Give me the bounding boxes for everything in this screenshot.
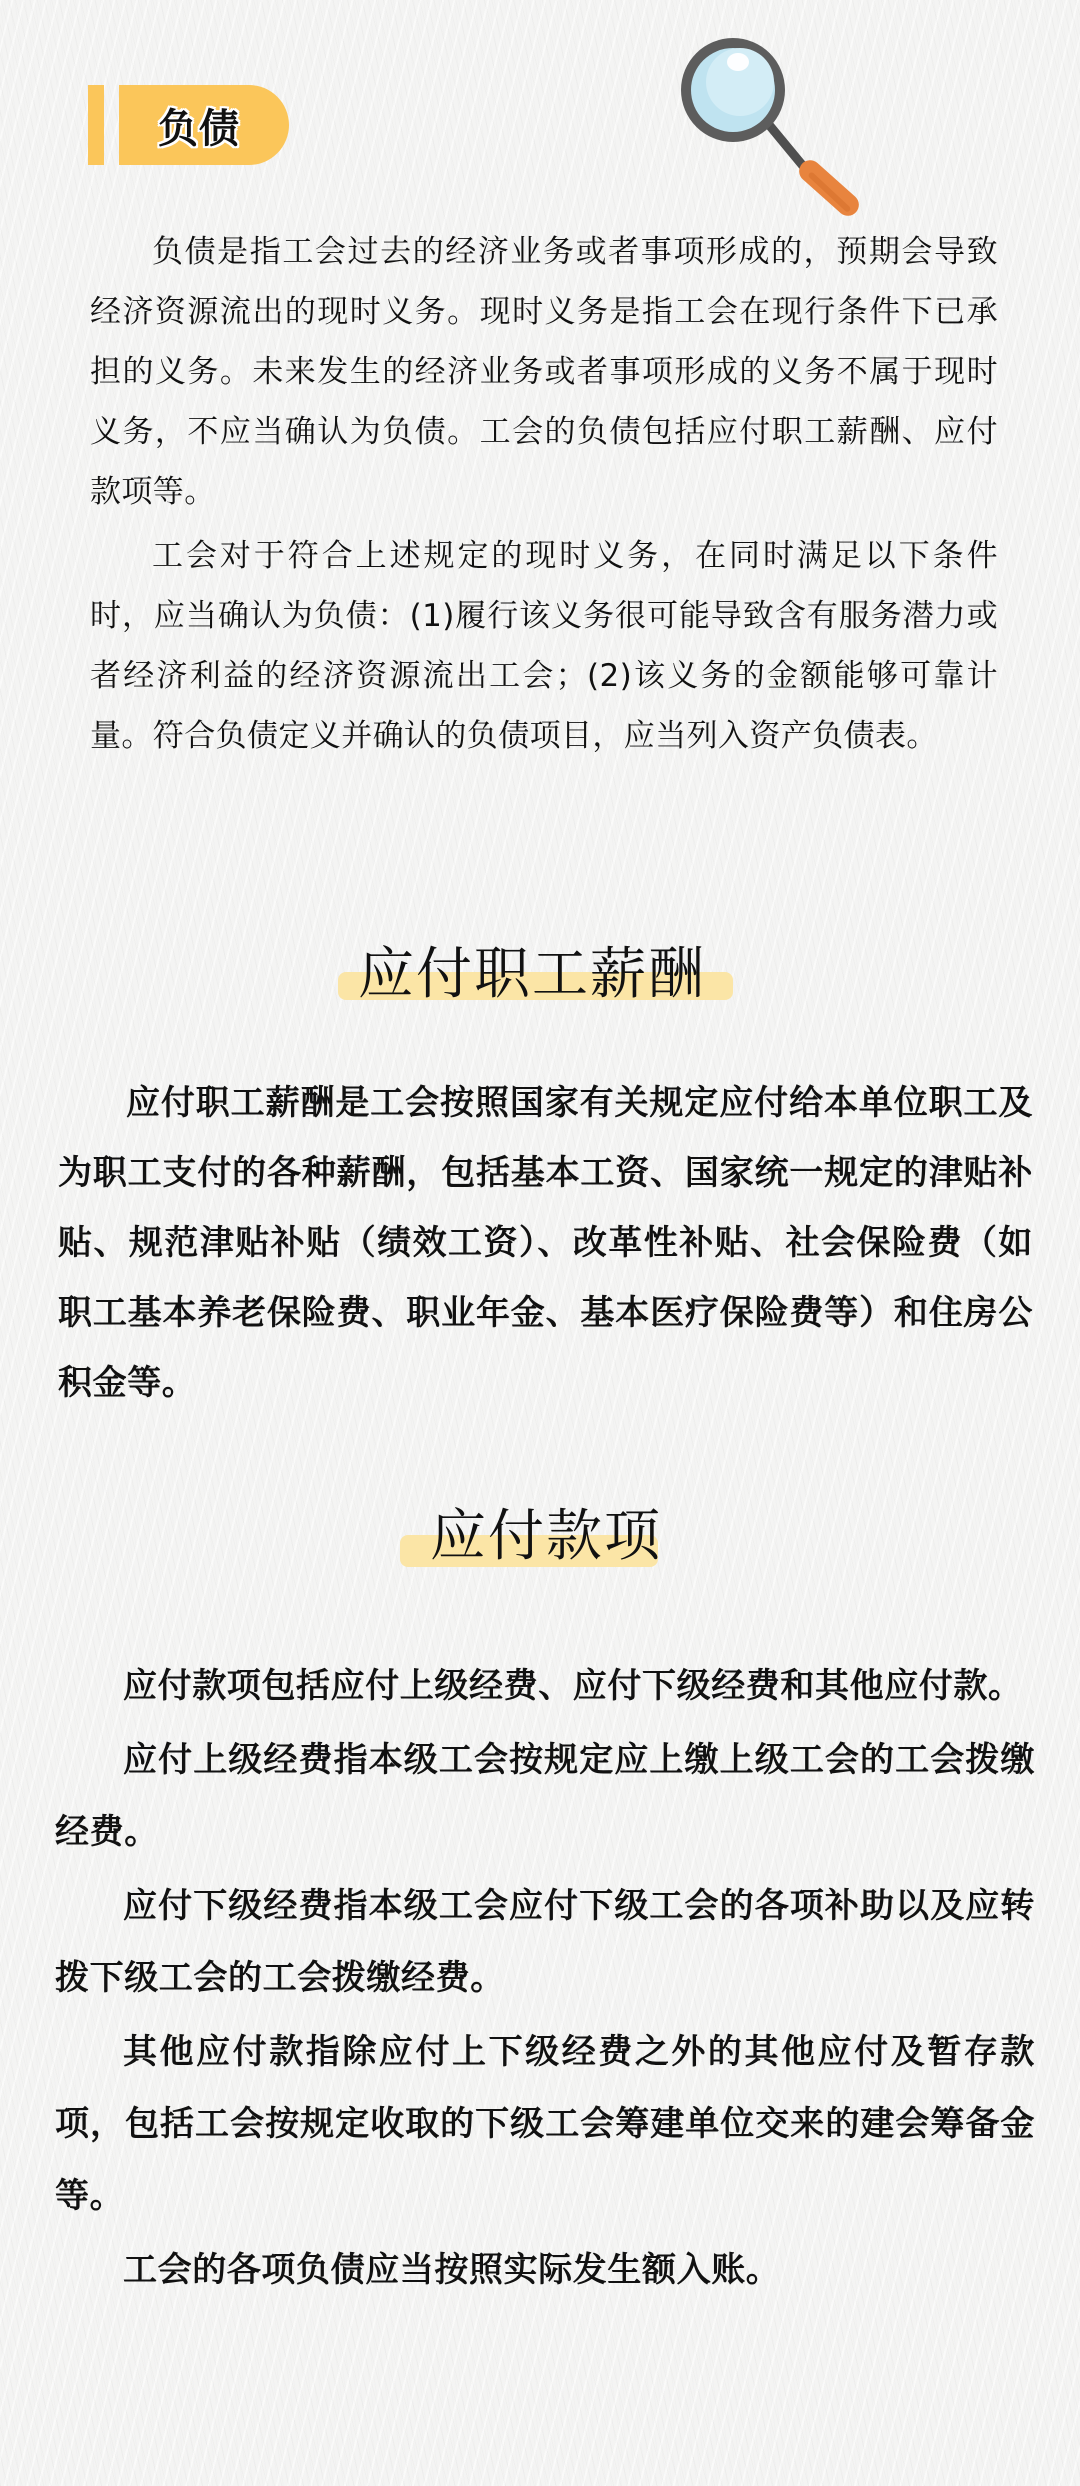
accounts-payable-text-block: 应付款项包括应付上级经费、应付下级经费和其他应付款。 应付上级经费指本级工会按规… [55,1650,1035,2306]
badge-pill: 负债 [119,85,289,165]
paragraph: 应付下级经费指本级工会应付下级工会的各项补助以及应转拨下级工会的工会拨缴经费。 [55,1870,1035,2014]
badge-label: 负债 [158,97,240,154]
heading-text: 应付职工薪酬 [358,942,706,1007]
section-badge-liabilities: 负债 [88,85,289,165]
paragraph: 应付上级经费指本级工会按规定应上缴上级工会的工会拨缴经费。 [55,1724,1035,1868]
paragraph: 工会对于符合上述规定的现时义务，在同时满足以下条件时，应当确认为负债：(1)履行… [90,526,998,766]
paragraph: 负债是指工会过去的经济业务或者事项形成的，预期会导致经济资源流出的现时义务。现时… [90,222,998,522]
payable-wages-text-block: 应付职工薪酬是工会按照国家有关规定应付给本单位职工及为职工支付的各种薪酬，包括基… [58,1068,1033,1418]
paragraph: 应付职工薪酬是工会按照国家有关规定应付给本单位职工及为职工支付的各种薪酬，包括基… [58,1068,1033,1418]
badge-accent-bar [88,85,104,165]
heading-payable-wages: 应付职工薪酬 [358,930,706,1010]
paragraph: 工会的各项负债应当按照实际发生额入账。 [55,2234,1035,2306]
paragraph: 其他应付款指除应付上下级经费之外的其他应付及暂存款项，包括工会按规定收取的下级工… [55,2016,1035,2232]
heading-text: 应付款项 [430,1504,662,1569]
liabilities-text-block: 负债是指工会过去的经济业务或者事项形成的，预期会导致经济资源流出的现时义务。现时… [90,222,998,766]
heading-accounts-payable: 应付款项 [430,1492,662,1572]
paragraph: 应付款项包括应付上级经费、应付下级经费和其他应付款。 [55,1650,1035,1722]
magnifier-icon [670,30,870,220]
